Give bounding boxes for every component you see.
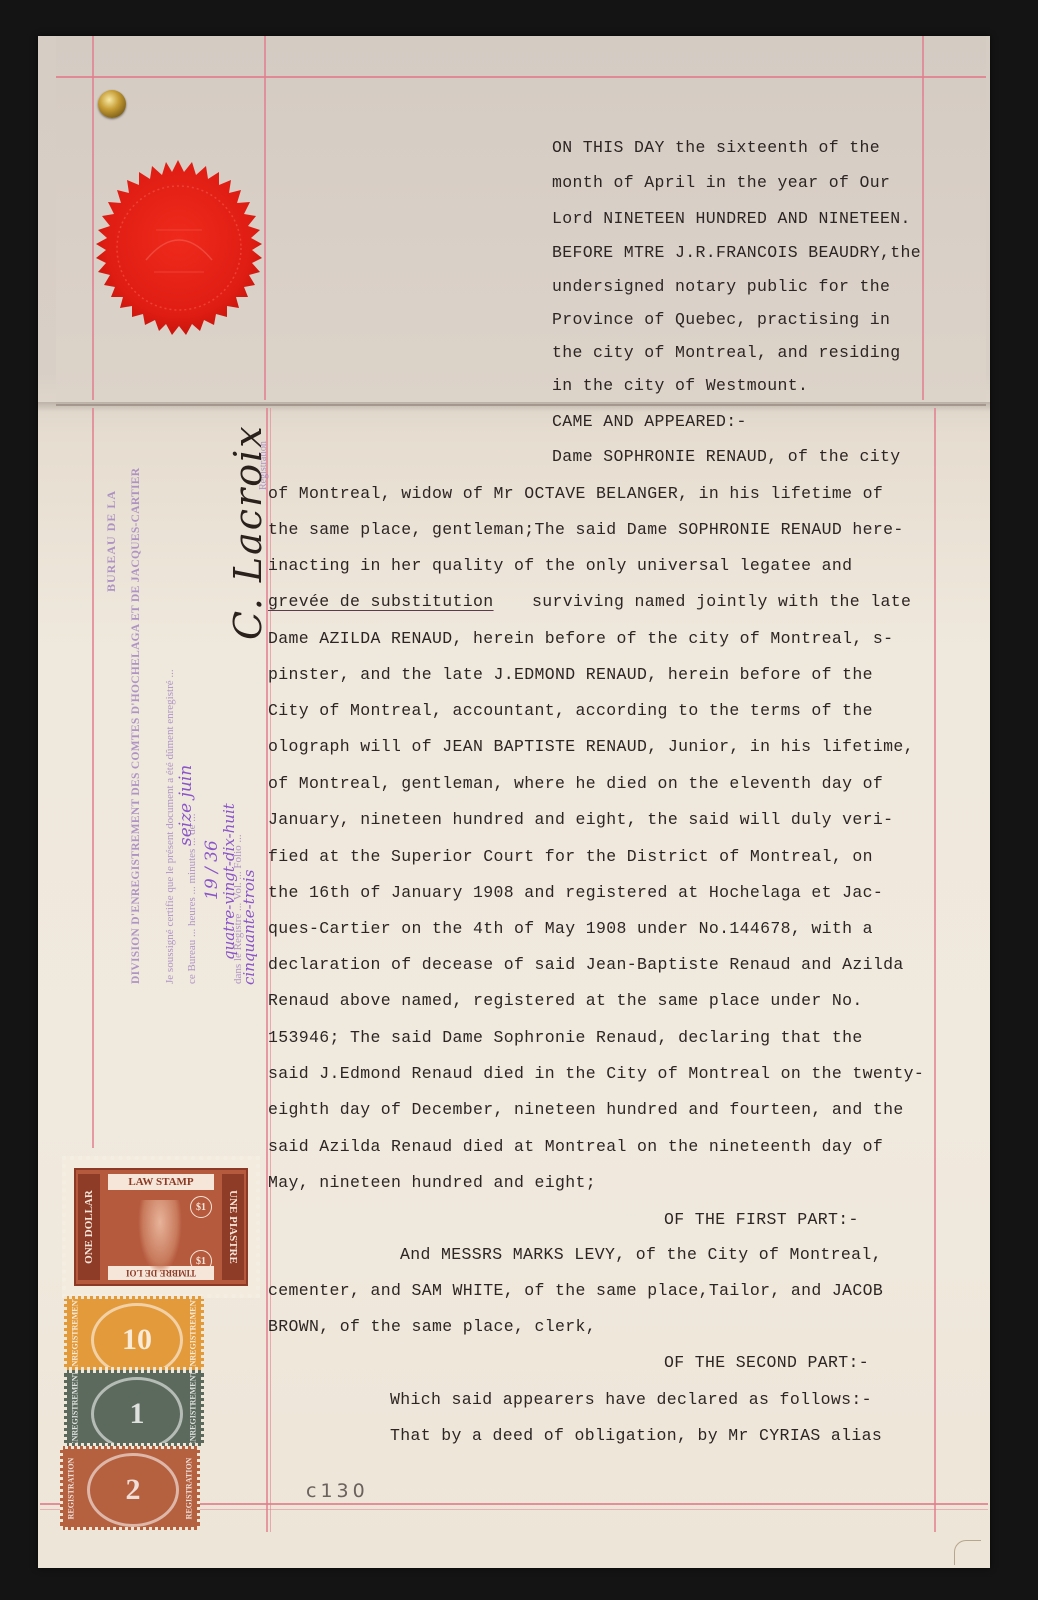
law-stamp-title: LAW STAMP — [108, 1174, 214, 1190]
law-stamp-one-dollar: ONE DOLLAR UNE PIASTRE LAW STAMP TIMBRE … — [62, 1156, 260, 1298]
right-margin-rule-lower — [934, 408, 936, 1532]
typed-line: 153946; The said Dame Sophronie Renaud, … — [268, 1030, 863, 1047]
typed-line: eighth day of December, nineteen hundred… — [268, 1102, 904, 1119]
typed-line: OF THE SECOND PART:- — [664, 1355, 869, 1372]
typed-line: fied at the Superior Court for the Distr… — [268, 849, 873, 866]
law-stamp-left-label: ONE DOLLAR — [78, 1174, 100, 1280]
typed-line: Province of Quebec, practising in — [552, 312, 890, 329]
typed-line: Dame AZILDA RENAUD, herein before of the… — [268, 631, 893, 648]
handwritten-volume: 19 / 36 — [202, 840, 222, 900]
left-margin-rule-lower — [92, 408, 94, 1148]
typed-line: CAME AND APPEARED:- — [552, 414, 747, 431]
registrar-signature: C. Lacroix — [226, 424, 270, 640]
stamp-value: 10 — [91, 1303, 183, 1370]
typed-line: Renaud above named, registered at the sa… — [268, 993, 863, 1010]
typed-line: the same place, gentleman;The said Dame … — [268, 522, 904, 539]
corner-tear — [954, 1540, 981, 1565]
typed-line: January, nineteen hundred and eight, the… — [268, 812, 893, 829]
stamp-division: DIVISION D'ENREGISTREMENT DES COMTES D'H… — [130, 468, 142, 984]
revenue-stamp-10-cents: ENREGISTREMENT 10 ENREGISTREMENT — [64, 1296, 204, 1370]
justice-figure-icon — [138, 1200, 182, 1274]
stamp-heading: BUREAU DE LA — [104, 490, 119, 592]
typed-line: pinster, and the late J.EDMOND RENAUD, h… — [268, 667, 873, 684]
typed-line: inacting in her quality of the only univ… — [268, 558, 852, 575]
right-margin-rule — [922, 36, 924, 400]
typed-line: ON THIS DAY the sixteenth of the — [552, 140, 880, 157]
stamp-value: 2 — [87, 1453, 179, 1527]
notarial-seal-icon — [76, 160, 280, 350]
typed-line: month of April in the year of Our — [552, 175, 890, 192]
typed-line: May, nineteen hundred and eight; — [268, 1175, 596, 1192]
typed-line: And MESSRS MARKS LEVY, of the City of Mo… — [400, 1247, 882, 1264]
typed-line: of Montreal, widow of Mr OCTAVE BELANGER… — [268, 486, 883, 503]
brass-eyelet-icon — [98, 90, 126, 118]
revenue-stamp-1-dollar: ENREGISTREMENT 1 ENREGISTREMENT — [64, 1370, 204, 1446]
typed-line: That by a deed of obligation, by Mr CYRI… — [390, 1428, 882, 1445]
typed-line: declaration of decease of said Jean-Bapt… — [268, 957, 904, 974]
typed-line: BEFORE MTRE J.R.FRANCOIS BEAUDRY,the — [552, 245, 921, 262]
revenue-stamp-2-dollars: REGISTRATION 2 REGISTRATION — [60, 1446, 200, 1530]
stamp-certify-line: Je soussigné certifie que le présent doc… — [164, 669, 176, 984]
typed-line: Dame SOPHRONIE RENAUD, of the city — [552, 449, 901, 466]
handwritten-date: seize juin — [176, 765, 196, 846]
typed-line: of Montreal, gentleman, where he died on… — [268, 776, 883, 793]
typed-line: said J.Edmond Renaud died in the City of… — [268, 1066, 924, 1083]
typed-line: surviving named jointly with the late — [532, 594, 911, 611]
law-stamp-value-top: $1 — [190, 1196, 212, 1218]
law-stamp-right-label: UNE PIASTRE — [222, 1174, 244, 1280]
typed-line: ques-Cartier on the 4th of May 1908 unde… — [268, 921, 873, 938]
typed-line: City of Montreal, accountant, according … — [268, 703, 873, 720]
typed-line: cementer, and SAM WHITE, of the same pla… — [268, 1283, 883, 1300]
typed-line: the 16th of January 1908 and registered … — [268, 885, 883, 902]
handwritten-number: cinquante-trois — [240, 870, 258, 985]
typed-line: Which said appearers have declared as fo… — [390, 1392, 872, 1409]
underlined-phrase: grevée de substitution — [268, 594, 494, 611]
typed-line: the city of Montreal, and residing — [552, 345, 901, 362]
typed-line: undersigned notary public for the — [552, 279, 890, 296]
top-rule — [56, 76, 986, 78]
typed-line: said Azilda Renaud died at Montreal on t… — [268, 1139, 883, 1156]
handwritten-folio: quatre-vingt-dix-huit — [220, 803, 238, 960]
law-stamp-value-bottom: $1 — [190, 1250, 212, 1272]
stamp-value: 1 — [91, 1377, 183, 1446]
pencil-annotation: c130 — [306, 1480, 369, 1502]
typed-line: olograph will of JEAN BAPTISTE RENAUD, J… — [268, 739, 914, 756]
typed-line: OF THE FIRST PART:- — [664, 1212, 859, 1229]
typed-line: BROWN, of the same place, clerk, — [268, 1319, 596, 1336]
typed-line: Lord NINETEEN HUNDRED AND NINETEEN. — [552, 211, 911, 228]
typed-line: in the city of Westmount. — [552, 378, 808, 395]
